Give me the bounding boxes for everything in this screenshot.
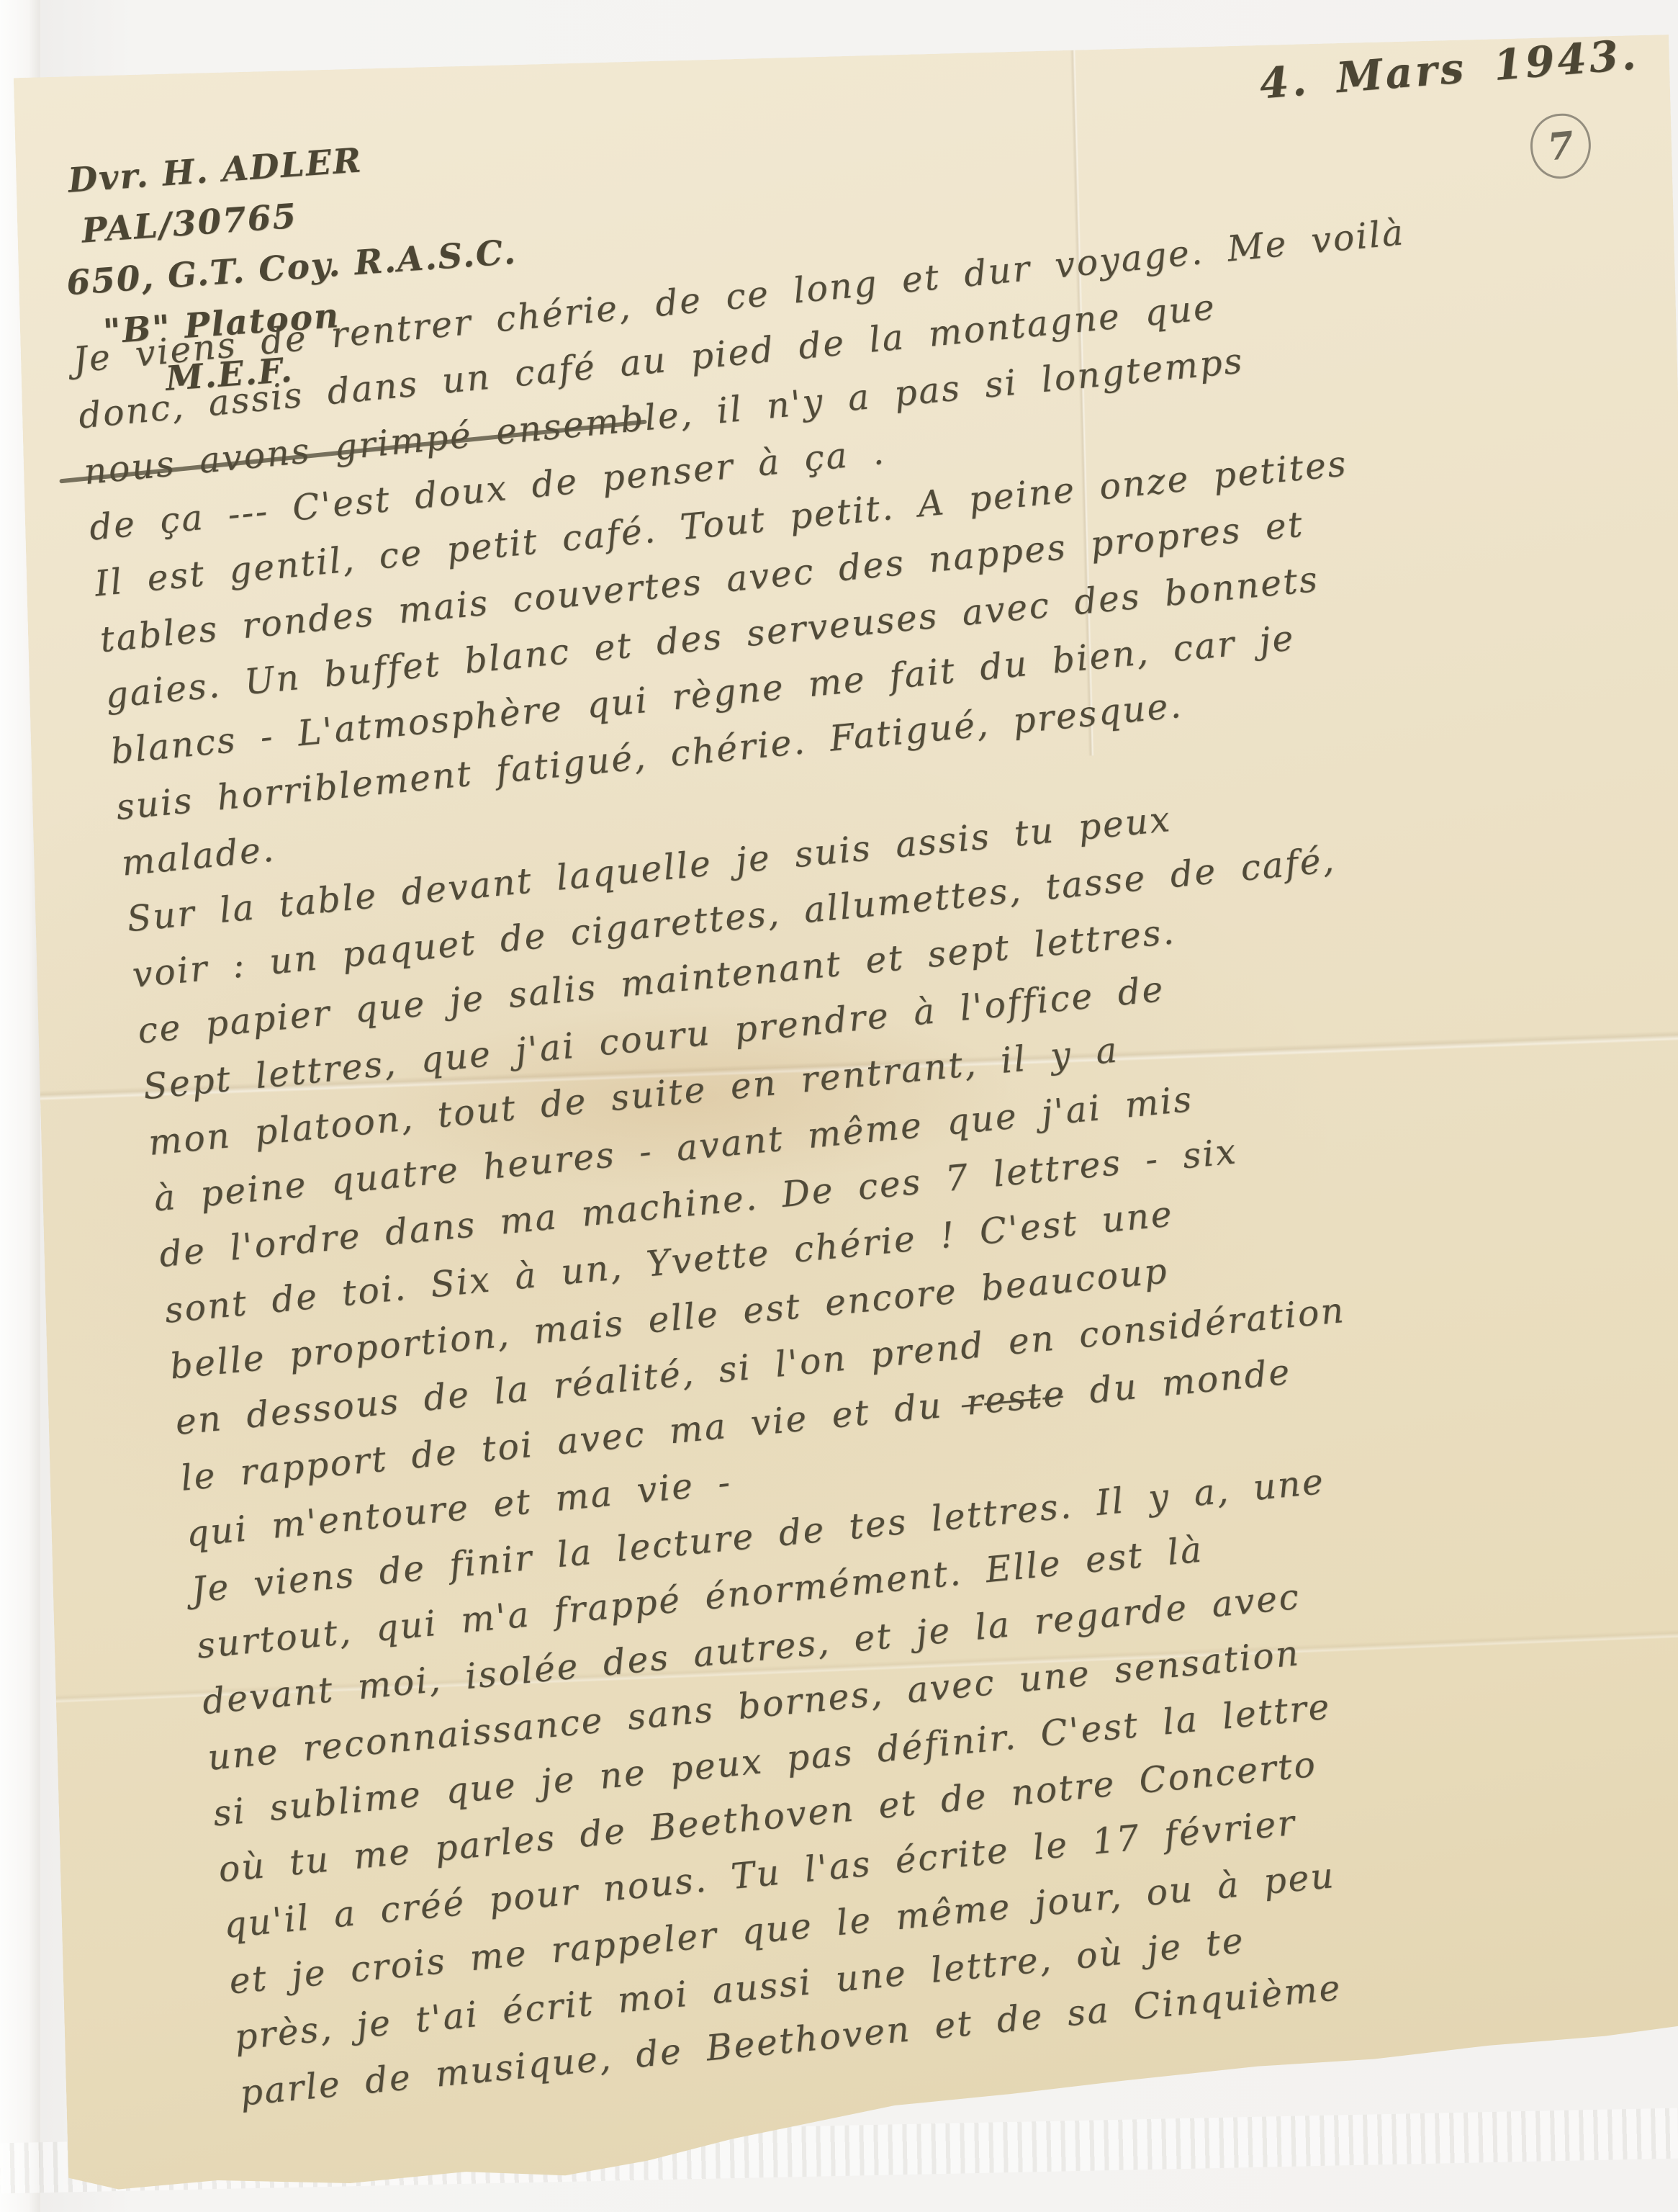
page-number: 7 (1546, 123, 1576, 169)
letter-body: Je viens de rentrer chérie, de ce long e… (71, 204, 1574, 2122)
page-number-badge: 7 (1528, 111, 1594, 181)
letter-date: 4. Mars 1943. (1258, 30, 1641, 108)
letter-paper: 4. Mars 1943. 7 Dvr. H. ADLERPAL/3076565… (14, 35, 1678, 2193)
